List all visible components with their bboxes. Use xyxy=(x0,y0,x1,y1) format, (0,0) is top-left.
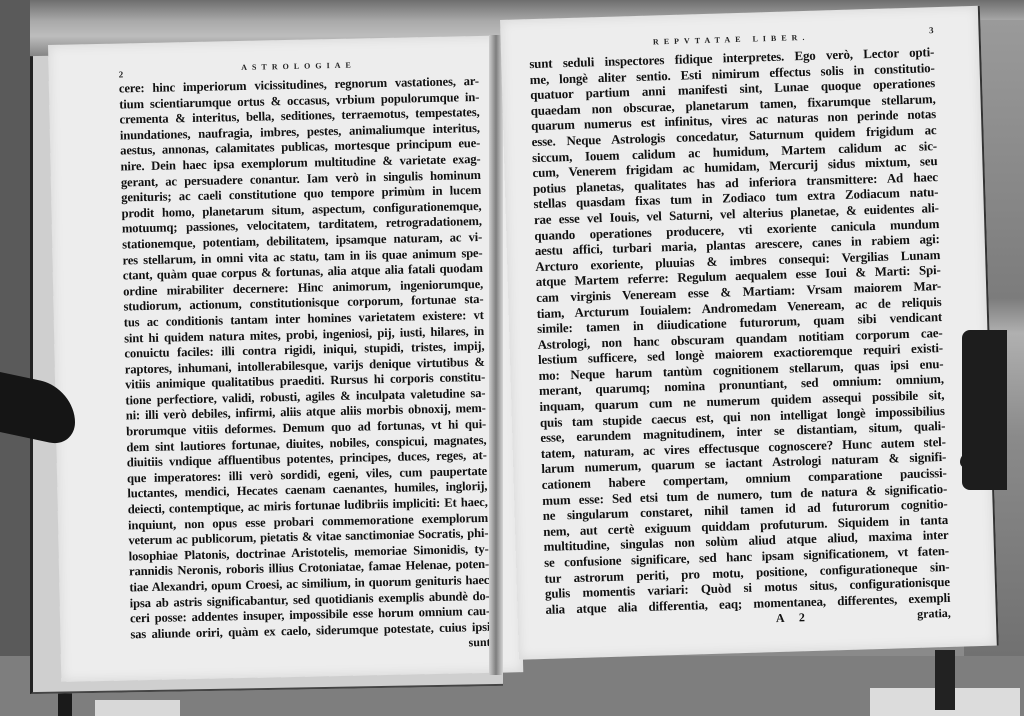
book-weight-strap xyxy=(935,650,955,710)
book-weight-strap xyxy=(58,690,72,716)
right-page-text-block: REPVTATAE LIBER. 3 sunt seduli inspector… xyxy=(529,29,951,634)
left-page: 2 ASTROLOGIAE cere: hinc imperiorum vici… xyxy=(48,35,523,682)
right-page: REPVTATAE LIBER. 3 sunt seduli inspector… xyxy=(500,6,999,660)
signature-mark: A 2 xyxy=(776,610,811,626)
page-number: 3 xyxy=(929,25,934,35)
catchword: gratia, xyxy=(917,606,951,622)
catchword: sunt xyxy=(468,635,490,650)
background-left-edge xyxy=(0,0,30,716)
body-text: sunt seduli inspectores fidique interpre… xyxy=(529,45,950,618)
running-title: ASTROLOGIAE xyxy=(118,58,478,75)
page-holder-clip-tip xyxy=(960,452,980,468)
left-page-text-block: 2 ASTROLOGIAE cere: hinc imperiorum vici… xyxy=(118,58,490,659)
book-gutter xyxy=(489,35,503,675)
background-paper-scrap xyxy=(95,700,180,716)
body-text: cere: hinc imperiorum vicissitudines, re… xyxy=(119,74,491,643)
